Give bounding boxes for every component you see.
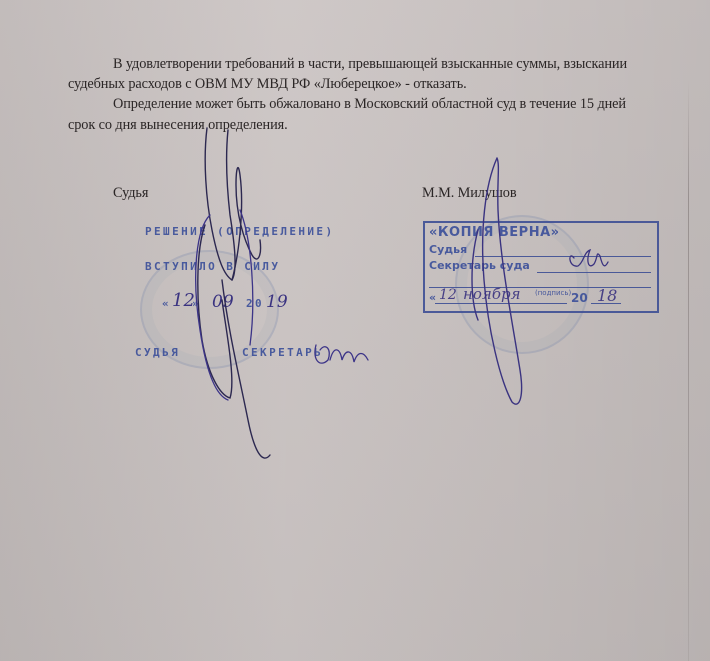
stamp-judge-label: СУДЬЯ	[135, 346, 180, 359]
stamp-line-in-force: ВСТУПИЛО В СИЛУ	[145, 260, 280, 273]
certified-copy-stamp: «КОПИЯ ВЕРНА» Судья Секретарь суда « 12 …	[423, 221, 659, 313]
stamp-date-month: 09	[212, 292, 234, 312]
judge-name: М.М. Милушов	[422, 185, 517, 202]
certified-copy-date-day: 12	[439, 287, 457, 303]
certified-copy-year-prefix: 20	[571, 291, 588, 305]
document-page: В удовлетворении требований в части, пре…	[0, 0, 710, 661]
certified-copy-secretary-label: Секретарь суда	[429, 259, 530, 272]
judge-signature-line	[475, 256, 651, 257]
stamp-date-year-prefix: 20	[246, 297, 264, 310]
certified-copy-year-suffix: 18	[597, 286, 617, 305]
paragraph-1-line-2: судебных расходов с ОВМ МУ МВД РФ «Любер…	[68, 76, 467, 93]
stamp-date-open-quote: «	[162, 297, 171, 310]
stamp-date-year-suffix: 19	[266, 292, 288, 312]
stamp-line-decision: РЕШЕНИЕ (ОПРЕДЕЛЕНИЕ)	[145, 225, 334, 238]
certified-copy-title: «КОПИЯ ВЕРНА»	[429, 225, 560, 240]
certified-copy-judge-label: Судья	[429, 243, 467, 256]
signature-caption: (подпись)	[535, 289, 571, 297]
certified-copy-date-month: ноября	[463, 285, 521, 303]
stamp-secretary-label: СЕКРЕТАРЬ	[242, 346, 323, 359]
paragraph-2-line-1: Определение может быть обжаловано в Моск…	[113, 96, 626, 113]
date-line	[435, 303, 567, 304]
secretary-signature-line	[537, 272, 651, 273]
page-edge	[688, 80, 689, 661]
paragraph-1-line-1: В удовлетворении требований в части, пре…	[113, 56, 627, 73]
stamp-date-close-quote: »	[192, 297, 201, 310]
judge-label: Судья	[113, 185, 148, 202]
paragraph-2-line-2: срок со дня вынесения определения.	[68, 117, 288, 134]
